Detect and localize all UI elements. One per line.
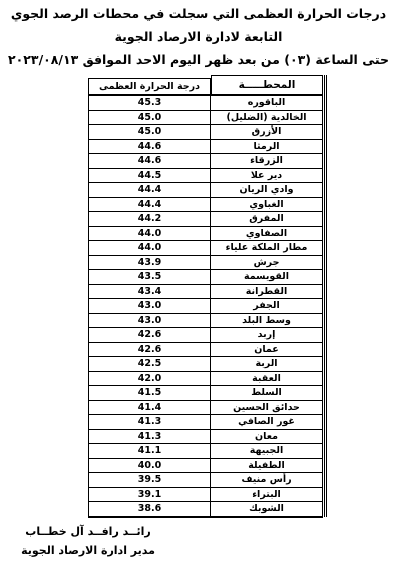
temperature-cell: 44.2 [89,212,211,226]
table-row: 44.2 المفرق [89,212,323,227]
table-row: 43.5 القويسمة [89,270,323,285]
temperature-cell: 41.5 [89,386,211,400]
table-row: 44.6 الرمثا [89,140,323,155]
table-row: 41.3 معان [89,430,323,445]
table-row: 41.4 حدائق الحسين [89,401,323,416]
station-cell: مطار الملكة علياء [211,241,323,255]
table-row: 43.0 الجفر [89,299,323,314]
station-cell: الجبيهة [211,444,323,458]
station-cell: السلط [211,386,323,400]
table-row: 41.3 غور الصافي [89,415,323,430]
table-row: 39.1 البتراء [89,488,323,503]
station-cell: الجفر [211,299,323,313]
station-cell: معان [211,430,323,444]
table-row: 43.0 وسط البلد [89,314,323,329]
temperature-cell: 41.3 [89,430,211,444]
station-cell: حدائق الحسين [211,401,323,415]
station-cell: غور الصافي [211,415,323,429]
temperature-cell: 44.4 [89,198,211,212]
table-row: 43.4 القطرانة [89,285,323,300]
table-row: 44.4 الغباوي [89,198,323,213]
station-cell: وادي الريان [211,183,323,197]
station-column-header: المحطـــــة [211,75,323,95]
station-cell: الطفيلة [211,459,323,473]
station-cell: الصفاوي [211,227,323,241]
document-page: درجات الحرارة العظمى التي سجلت في محطات … [0,0,397,568]
station-cell: الزرقاء [211,154,323,168]
table-row: 45.0 الأزرق [89,125,323,140]
temperature-cell: 42.6 [89,328,211,342]
table-row: 39.5 رأس منيف [89,473,323,488]
temperature-cell: 40.0 [89,459,211,473]
temperature-cell: 44.6 [89,140,211,154]
temperature-cell: 45.0 [89,125,211,139]
temperature-cell: 44.0 [89,227,211,241]
station-cell: الربة [211,357,323,371]
title-line-3: حتى الساعة (٠٣) من بعد ظهر اليوم الاحد ا… [0,48,397,71]
temperature-cell: 42.0 [89,372,211,386]
temperature-cell: 38.6 [89,502,211,516]
table-header-row: درجة الحرارة العظمى المحطـــــة [88,75,323,95]
station-cell: إربد [211,328,323,342]
table-row: 42.5 الربة [89,357,323,372]
station-cell: البتراء [211,488,323,502]
station-cell: الرمثا [211,140,323,154]
temperature-cell: 44.4 [89,183,211,197]
temperature-cell: 41.3 [89,415,211,429]
station-cell: القويسمة [211,270,323,284]
table-row: 42.6 إربد [89,328,323,343]
temperature-cell: 44.6 [89,154,211,168]
station-cell: القطرانة [211,285,323,299]
table-row: 44.5 دير علا [89,169,323,184]
table-row: 44.0 مطار الملكة علياء [89,241,323,256]
temperature-cell: 45.0 [89,111,211,125]
temperature-cell: 41.4 [89,401,211,415]
station-cell: المفرق [211,212,323,226]
table-row: 41.1 الجبيهة [89,444,323,459]
station-cell: الشوبك [211,502,323,516]
station-cell: جرش [211,256,323,270]
table-row: 44.6 الزرقاء [89,154,323,169]
temperature-cell: 45.3 [89,96,211,110]
station-cell: دير علا [211,169,323,183]
table-row: 38.6 الشوبك [89,502,323,517]
table-outer-double-border [324,75,327,517]
station-cell: الغباوي [211,198,323,212]
signature-title: مدير ادارة الارصاد الجوية [18,541,158,560]
station-cell: وسط البلد [211,314,323,328]
table-row: 41.5 السلط [89,386,323,401]
table-row: 45.3 الباقوره [89,96,323,111]
table-body: 45.3 الباقوره 45.0 الخالدية (الضليل) 45.… [88,95,323,518]
document-title-block: درجات الحرارة العظمى التي سجلت في محطات … [0,0,397,71]
table-row: 40.0 الطفيلة [89,459,323,474]
temperature-cell: 43.0 [89,314,211,328]
temperature-cell: 44.0 [89,241,211,255]
signature-block: رائــد رافــد آل خطــاب مدير ادارة الارص… [18,522,158,560]
temperature-table: درجة الحرارة العظمى المحطـــــة 45.3 الب… [88,75,323,518]
signature-name: رائــد رافــد آل خطــاب [18,522,158,541]
temperature-cell: 43.9 [89,256,211,270]
station-cell: الباقوره [211,96,323,110]
temperature-cell: 41.1 [89,444,211,458]
station-cell: العقبة [211,372,323,386]
temperature-cell: 39.1 [89,488,211,502]
title-line-2: التابعة لادارة الارصاد الجوية [0,25,397,48]
table-row: 42.6 عمان [89,343,323,358]
table-row: 42.0 العقبة [89,372,323,387]
temperature-cell: 43.5 [89,270,211,284]
temperature-cell: 43.4 [89,285,211,299]
station-cell: عمان [211,343,323,357]
station-cell: الأزرق [211,125,323,139]
temperature-cell: 39.5 [89,473,211,487]
station-cell: رأس منيف [211,473,323,487]
station-cell: الخالدية (الضليل) [211,111,323,125]
table-row: 44.0 الصفاوي [89,227,323,242]
title-line-1: درجات الحرارة العظمى التي سجلت في محطات … [0,2,397,25]
temperature-column-header: درجة الحرارة العظمى [88,78,211,95]
temperature-cell: 42.5 [89,357,211,371]
table-row: 44.4 وادي الريان [89,183,323,198]
table-row: 43.9 جرش [89,256,323,271]
temperature-cell: 42.6 [89,343,211,357]
temperature-cell: 44.5 [89,169,211,183]
table-row: 45.0 الخالدية (الضليل) [89,111,323,126]
temperature-cell: 43.0 [89,299,211,313]
